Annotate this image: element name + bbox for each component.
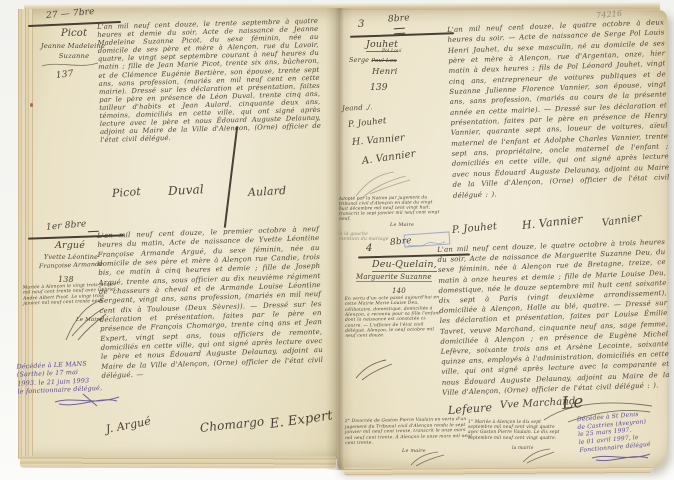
left-page-bottom-edges [20,456,336,469]
struck-given-names: Paul Lou [371,58,397,64]
signature-duval: Duval [168,182,205,198]
entry-140-death-note: Décédée à St Denis de Castries (Aveyron)… [577,408,674,455]
entry-139-date-day: 3 [358,19,365,30]
margin-mark-jeand: Jeand ./. [342,103,373,113]
right-page-bottom-edges [344,465,654,476]
entry-139-number: 139 [370,83,388,93]
entry-140-body: L'an mil neuf cent douze, le quatre octo… [437,237,670,398]
entry-139-date-ticks [394,28,405,35]
entry-138-number: 138 [58,275,74,284]
entry-139-given-names: Serge Paul Lou [349,56,397,64]
entry-140-marriage-note: 1° Mariée à Alençon le dix sept septembr… [468,420,561,441]
signature-aulard: Aulard [248,184,287,199]
entry-138-surname: Argué [34,240,106,251]
entry-140-divorce-note: 2° Divorcée de Gaston Pierre Vaulain en … [345,417,474,447]
given-name-serge: Serge [349,56,371,64]
entry-139-given-name-henri: Henri [372,67,397,77]
entry-139-date-month: 8bre [388,13,410,24]
inserted-correction: Pol Loui [382,49,402,54]
entry-139-adoption-note: Adopté par la Nation par jugement du tri… [339,195,442,222]
entry-140-surname: Deu-Quelain, [372,259,437,272]
register-scan: 27 — 7bre Picot Jeanne Madeleine Suzanne… [0,0,674,480]
recognition-signature-scribble [352,358,396,382]
entry-140-date-month: 8bre [390,236,413,248]
signature-picot: Picot [112,185,142,200]
entry-139-adoption-signoff: Le Maire [390,222,414,228]
entry-140-date-day: 4 [366,243,373,254]
entry-140-recognition-note: En vertu d'un acte passé aujourd'hui en … [345,295,444,339]
delegate-signature-scribble-2 [590,450,654,464]
entry-138-body: L'an mil neuf cent douze, le premier oct… [97,225,324,381]
entry-137-body: L'an mil neuf cent douze, le trente sept… [97,17,321,145]
entry-137-number: 137 [55,69,74,81]
mayor-signature-scribble-3 [520,447,558,465]
entry-140-given-names: Marguerite Suzanne [356,273,432,282]
mayor-signature-scribble-2 [408,450,448,468]
ink-speck [30,103,33,107]
delegate-signature-scribble [53,392,123,408]
entry-139-body: L'an mil neuf cent douze, le quatre octo… [447,17,670,200]
entry-140-number: 140 [392,287,406,295]
